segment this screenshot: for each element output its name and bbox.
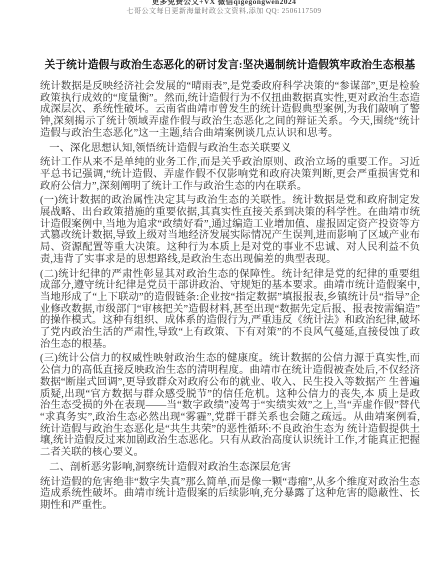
body-paragraph: (二)统计纪律的严肃性彰显其对政治生态的保障性。统计纪律是党的纪律的重要组成部分… <box>40 269 420 351</box>
header-line-2: 七哥公文每日更新海量时政公文资料,添加 QQ: 2506117509 <box>0 7 448 16</box>
header-line-1: 更多免费公文+VX 微信qigegongwen2024 <box>0 0 448 6</box>
section-heading: 一、深化思想认知,领悟统计造假与政治生态关联要义 <box>40 143 420 155</box>
document-paragraphs: 统计数据是反映经济社会发展的“晴雨表”,是党委政府科学决策的“参谋部”,更是检验… <box>40 81 420 512</box>
body-paragraph: 统计造假的危害绝非“数字失真”那么简单,而是像一颗“毒瘤”,从多个维度对政治生态… <box>40 477 420 512</box>
body-paragraph: (一)统计数据的政治属性决定其与政治生态的关联性。统计数据是党和政府制定发展战略… <box>40 195 420 265</box>
body-paragraph: 统计工作从来不是单纯的业务工作,而是关乎政治原则、政治立场的重要工作。习近平总书… <box>40 157 420 192</box>
page-header: 更多免费公文+VX 微信qigegongwen2024 七哥公文每日更新海量时政… <box>0 0 448 16</box>
section-heading: 二、剖析恶劣影响,洞察统计造假对政治生态深层危害 <box>40 462 420 474</box>
document-body: 关于统计造假与政治生态恶化的研讨发言:坚决遏制统计造假筑牢政治生态根基 统计数据… <box>40 59 420 515</box>
document-title: 关于统计造假与政治生态恶化的研讨发言:坚决遏制统计造假筑牢政治生态根基 <box>40 59 420 72</box>
body-paragraph: (三)统计公信力的权威性映射政治生态的健康度。统计数据的公信力源于真实性,而公信… <box>40 353 420 458</box>
document-page: 更多免费公文+VX 微信qigegongwen2024 七哥公文每日更新海量时政… <box>0 0 448 580</box>
body-paragraph: 统计数据是反映经济社会发展的“晴雨表”,是党委政府科学决策的“参谋部”,更是检验… <box>40 81 420 140</box>
